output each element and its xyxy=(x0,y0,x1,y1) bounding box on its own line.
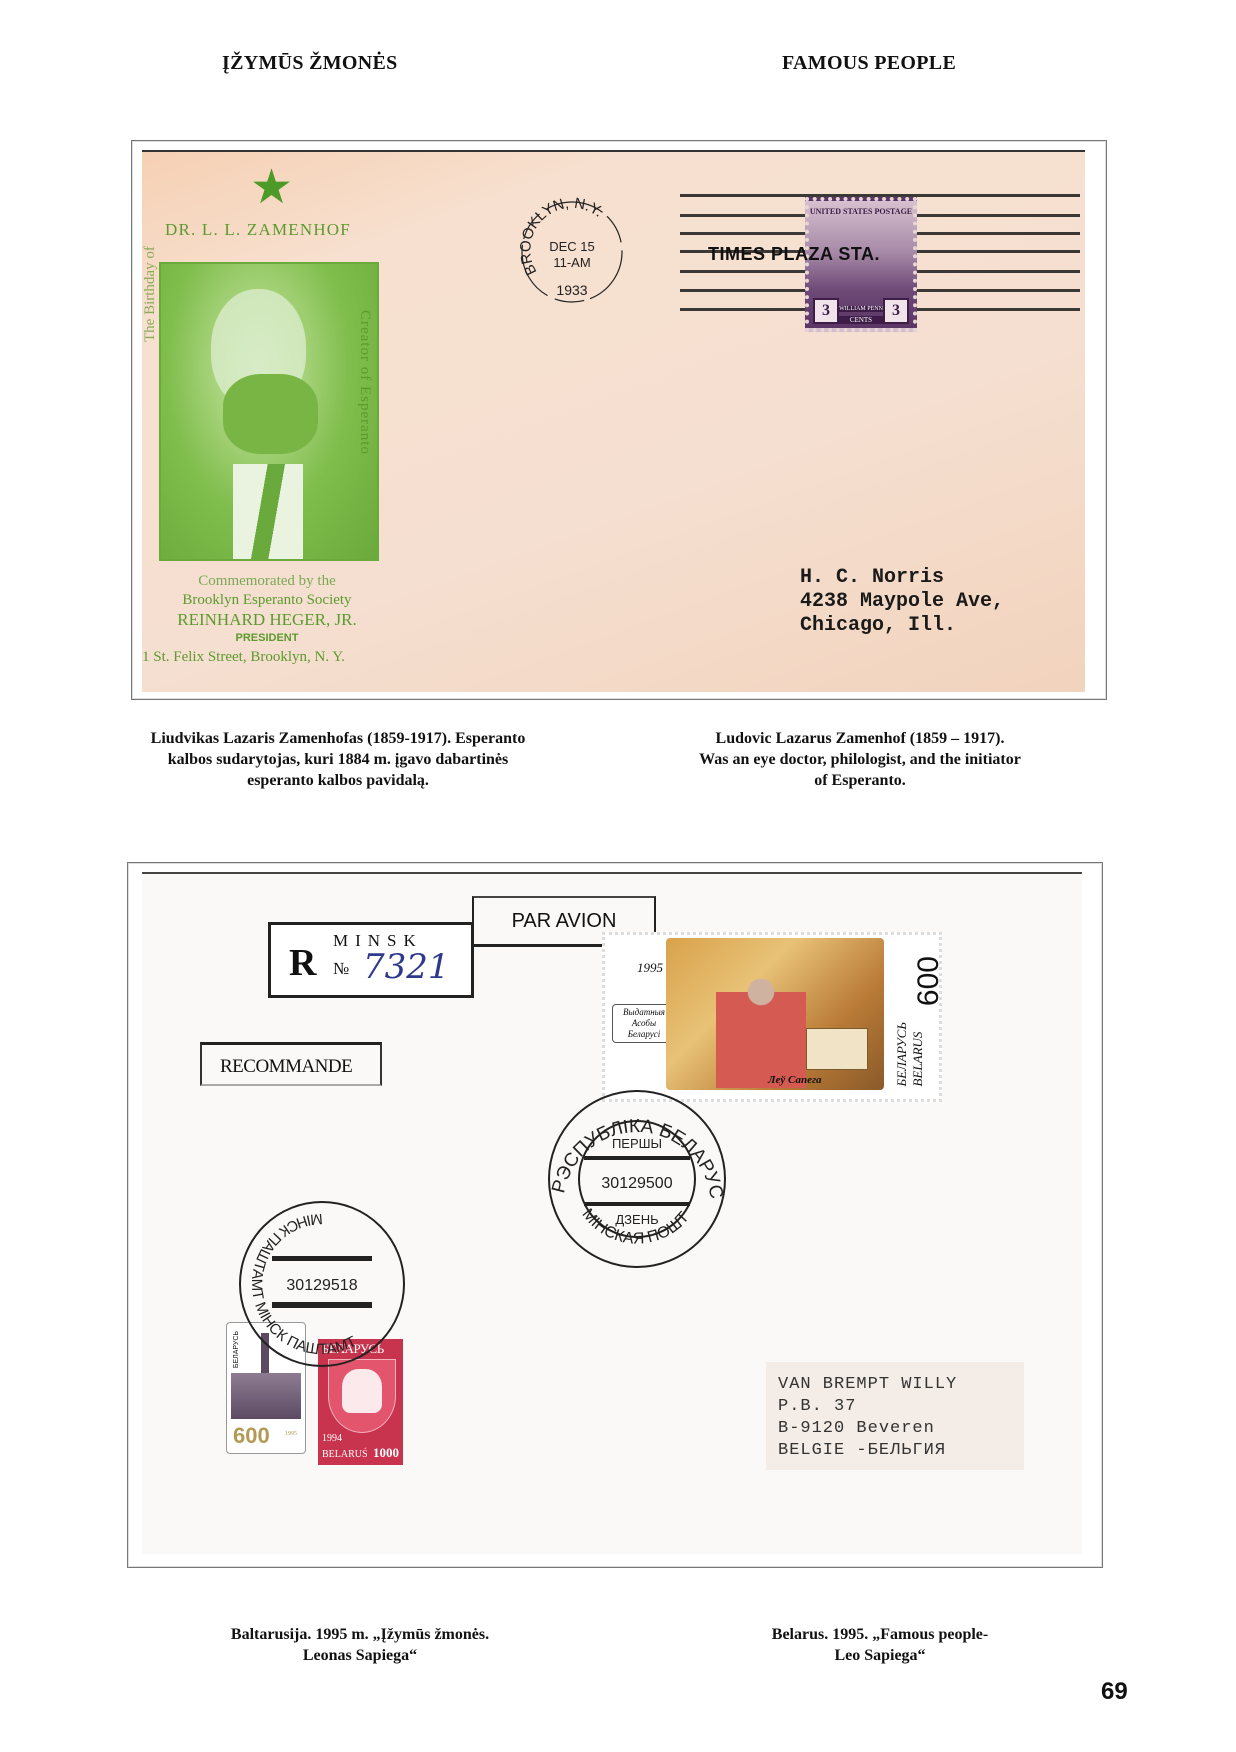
sapieha-stamp xyxy=(666,938,884,1090)
cancel-text: TIMES PLAZA STA. xyxy=(708,244,880,265)
stamp-value: 1000 xyxy=(373,1445,399,1461)
registration-number-label: № xyxy=(333,959,349,979)
address-line: P.B. 37 xyxy=(778,1396,1024,1418)
series-line: Асобы xyxy=(615,1018,673,1029)
stamp-value: 600 xyxy=(233,1423,270,1449)
header-title-lt: ĮŽYMŪS ŽMONĖS xyxy=(222,52,398,75)
svg-text:ДЗЕНЬ: ДЗЕНЬ xyxy=(615,1212,658,1227)
registration-number: 7321 xyxy=(363,947,450,987)
caption-line: Liudvikas Lazaris Zamenhofas (1859-1917)… xyxy=(88,728,588,749)
stamp-year: 1995 xyxy=(637,960,663,976)
cachet-title: DR. L. L. ZAMENHOF xyxy=(165,220,351,240)
caption-line: of Esperanto. xyxy=(620,770,1100,791)
svg-text:30129500: 30129500 xyxy=(601,1175,672,1192)
cover2-envelope: PAR AVION R MINSK № 7321 RECOMMANDE 1995… xyxy=(142,872,1082,1554)
cover1-address: H. C. Norris4238 Maypole Ave,Chicago, Il… xyxy=(800,566,1004,638)
minsk-postmark: МІНСК ПАШТАМТ МІНСК ПАШТАМТ 30129518 xyxy=(232,1194,412,1374)
cover1-envelope: ★ DR. L. L. ZAMENHOF The Birthday of Cre… xyxy=(142,150,1085,692)
caption2-lt: Baltarusija. 1995 m. „Įžymūs žmonės. Leo… xyxy=(160,1624,560,1666)
svg-text:ПЕРШЫ: ПЕРШЫ xyxy=(612,1136,662,1151)
page-number: 69 xyxy=(1101,1678,1128,1706)
svg-text:30129518: 30129518 xyxy=(286,1277,357,1294)
series-line: Беларусі xyxy=(615,1029,673,1040)
stamp-year: 1995 xyxy=(285,1431,297,1437)
stamp-value: 600 xyxy=(912,956,946,1006)
address-line: 4238 Maypole Ave, xyxy=(800,590,1004,614)
society-address: 1 St. Felix Street, Brooklyn, N. Y. xyxy=(142,648,392,667)
stamp-denomination: 3 xyxy=(813,298,839,324)
caption-line: Leonas Sapiega“ xyxy=(160,1645,560,1666)
stamp-name: WILLIAM PENN xyxy=(839,306,883,312)
cover2-address: VAN BREMPT WILLYP.B. 37B-9120 BeverenBEL… xyxy=(766,1362,1024,1470)
stamp-denomination: 3 xyxy=(883,298,909,324)
esperanto-star-icon: ★ xyxy=(250,164,293,212)
header-title-en: FAMOUS PEOPLE xyxy=(782,52,956,75)
address-line: B-9120 Beveren xyxy=(778,1418,1024,1440)
stamp-header: UNITED STATES POSTAGE xyxy=(809,207,913,216)
society-president-label: PRESIDENT xyxy=(142,629,392,648)
stamp-year: 1994 xyxy=(322,1433,342,1444)
society-line: Commemorated by the xyxy=(142,572,392,591)
stamp-country: БЕЛАРУСЬ BELARUS xyxy=(894,1022,926,1086)
caption-line: Belarus. 1995. „Famous people- xyxy=(680,1624,1080,1645)
zamenhof-portrait xyxy=(159,262,379,561)
caption1-lt: Liudvikas Lazaris Zamenhofas (1859-1917)… xyxy=(88,728,588,791)
address-line: VAN BREMPT WILLY xyxy=(778,1374,1024,1396)
caption1-en: Ludovic Lazarus Zamenhof (1859 – 1917). … xyxy=(620,728,1100,791)
cachet-society: Commemorated by the Brooklyn Esperanto S… xyxy=(142,572,392,667)
caption-line: Was an eye doctor, philologist, and the … xyxy=(620,749,1100,770)
caption-line: Ludovic Lazarus Zamenhof (1859 – 1917). xyxy=(620,728,1100,749)
caption-line: Leo Sapiega“ xyxy=(680,1645,1080,1666)
series-line: Выдатныя xyxy=(615,1007,673,1018)
country-cyrillic: БЕЛАРУСЬ xyxy=(894,1022,909,1086)
caption2-en: Belarus. 1995. „Famous people- Leo Sapie… xyxy=(680,1624,1080,1666)
society-president-name: REINHARD HEGER, JR. xyxy=(142,610,392,629)
cachet-right-vertical: Creator of Esperanto xyxy=(356,310,373,455)
svg-text:1933: 1933 xyxy=(556,282,587,298)
stamp-unit: CENTS xyxy=(839,316,883,324)
caption-line: Baltarusija. 1995 m. „Įžymūs žmonės. xyxy=(160,1624,560,1645)
stamp-subject-name: Леў Сапега xyxy=(768,1074,822,1086)
caption-line: esperanto kalbos pavidalą. xyxy=(88,770,588,791)
recommande-label: RECOMMANDE xyxy=(200,1042,382,1086)
address-line: Chicago, Ill. xyxy=(800,614,1004,638)
registration-label: R MINSK № 7321 xyxy=(268,922,474,998)
svg-text:11-AM: 11-AM xyxy=(553,255,590,270)
caption-line: kalbos sudarytojas, kuri 1884 m. įgavo d… xyxy=(88,749,588,770)
cachet-left-vertical: The Birthday of xyxy=(142,246,159,342)
stamp-country-latin: BELARUŚ xyxy=(322,1449,368,1460)
brooklyn-postmark: BROOKLYN, N.Y. DEC 15 11-AM 1933 xyxy=(517,197,627,307)
address-line: H. C. Norris xyxy=(800,566,1004,590)
society-line: Brooklyn Esperanto Society xyxy=(142,591,392,610)
first-day-postmark: РЭСПУБЛІКА БЕЛАРУСЬ МІНСКАЯ ПОШТА ПЕРШЫ … xyxy=(542,1084,732,1274)
country-latin: BELARUS xyxy=(910,1032,925,1087)
svg-text:DEC 15: DEC 15 xyxy=(549,239,595,254)
registration-letter: R xyxy=(289,941,316,985)
address-line: BELGIE -БЕЛЬГИЯ xyxy=(778,1440,1024,1462)
